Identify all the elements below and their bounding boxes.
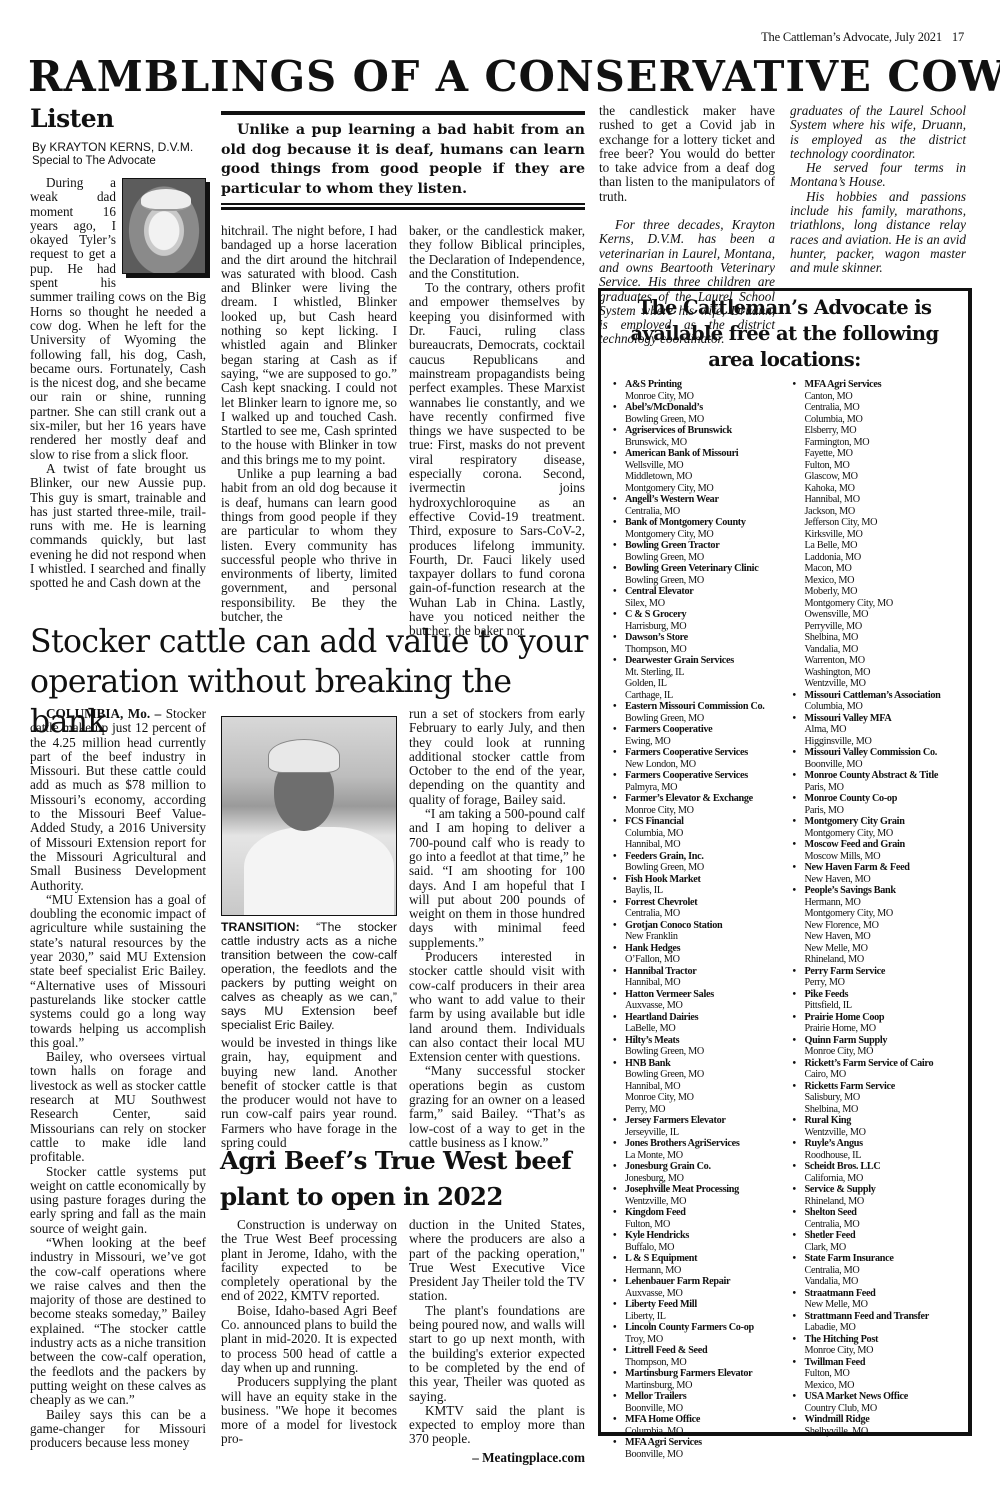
stocker-column-3: run a set of stockers from early Februar… bbox=[409, 707, 585, 1150]
publication-date: The Cattleman’s Advocate, July 2021 bbox=[761, 30, 942, 44]
location-name: Shetler Feed bbox=[791, 1230, 959, 1242]
listen-column-5: graduates of the Laurel School System wh… bbox=[790, 104, 966, 276]
location-city: Canton, MO bbox=[791, 391, 959, 403]
paragraph: baker, or the candlestick maker, they fo… bbox=[409, 224, 585, 281]
column-masthead: Ramblings of a Conservative Cow Doctor bbox=[28, 52, 964, 102]
location-name: Farmer’s Elevator & Exchange bbox=[611, 793, 779, 805]
location-name: C & S Grocery bbox=[611, 609, 779, 621]
location-item: Missouri Valley Commission Co.Boonville,… bbox=[791, 747, 959, 770]
location-city: Centralia, MO bbox=[791, 1219, 959, 1231]
location-name: Hannibal Tractor bbox=[611, 966, 779, 978]
location-item: L & S EquipmentHermann, MO bbox=[611, 1253, 779, 1276]
location-city: Golden, IL bbox=[611, 678, 779, 690]
location-city: Jackson, MO bbox=[791, 506, 959, 518]
source-credit: – Meatingplace.com bbox=[409, 1451, 585, 1465]
locations-list-left: A&S PrintingMonroe City, MOAbel’s/McDona… bbox=[611, 379, 779, 1460]
location-name: Windmill Ridge bbox=[791, 1414, 959, 1426]
location-name: Scheidt Bros. LLC bbox=[791, 1161, 959, 1173]
location-name: Farmers Cooperative Services bbox=[611, 747, 779, 759]
location-city: Liberty, IL bbox=[611, 1311, 779, 1323]
location-item: A&S PrintingMonroe City, MO bbox=[611, 379, 779, 402]
location-name: HNB Bank bbox=[611, 1058, 779, 1070]
location-item: MFA Agri ServicesBoonville, MO bbox=[611, 1437, 779, 1460]
paragraph: Construction is underway on the True Wes… bbox=[221, 1218, 397, 1304]
location-city: Centralia, MO bbox=[791, 1265, 959, 1277]
location-city: Glascow, MO bbox=[791, 471, 959, 483]
location-name: Rickett’s Farm Service of Cairo bbox=[791, 1058, 959, 1070]
location-item: MFA Home OfficeColumbia, MO bbox=[611, 1414, 779, 1437]
location-city: Columbia, MO bbox=[611, 828, 779, 840]
location-city: Bowling Green, MO bbox=[611, 862, 779, 874]
location-city: Boonville, MO bbox=[611, 1449, 779, 1461]
location-city: Kahoka, MO bbox=[791, 483, 959, 495]
location-city: Shelbyville, MO bbox=[791, 1426, 959, 1438]
location-city: Country Club, MO bbox=[791, 1403, 959, 1415]
location-city: Paris, MO bbox=[791, 782, 959, 794]
location-city: Harrisburg, MO bbox=[611, 621, 779, 633]
location-name: MFA Agri Services bbox=[791, 379, 959, 391]
location-city: California, MO bbox=[791, 1173, 959, 1185]
location-name: Shelton Seed bbox=[791, 1207, 959, 1219]
location-name: Forrest Chevrolet bbox=[611, 897, 779, 909]
location-name: People’s Savings Bank bbox=[791, 885, 959, 897]
location-city: Monroe City, MO bbox=[611, 805, 779, 817]
location-city: Jefferson City, MO bbox=[791, 517, 959, 529]
location-name: Bowling Green Tractor bbox=[611, 540, 779, 552]
location-item: Windmill RidgeShelbyville, MO bbox=[791, 1414, 959, 1437]
location-name: Bank of Montgomery County bbox=[611, 517, 779, 529]
location-item: Farmers CooperativeEwing, MO bbox=[611, 724, 779, 747]
location-item: Farmer’s Elevator & ExchangeMonroe City,… bbox=[611, 793, 779, 816]
paragraph: “When looking at the beef industry in Mi… bbox=[30, 1236, 206, 1408]
location-item: State Farm InsuranceCentralia, MOVandali… bbox=[791, 1253, 959, 1288]
paragraph: would be invested in things like grain, … bbox=[221, 1036, 397, 1150]
paragraph: To the contrary, others profit and empow… bbox=[409, 281, 585, 638]
listen-column-3: baker, or the candlestick maker, they fo… bbox=[409, 224, 585, 639]
location-item: Liberty Feed MillLiberty, IL bbox=[611, 1299, 779, 1322]
location-name: Grotjan Conoco Station bbox=[611, 920, 779, 932]
location-city: Montgomery City, MO bbox=[611, 529, 779, 541]
location-city: Silex, MO bbox=[611, 598, 779, 610]
location-city: Montgomery City, MO bbox=[791, 598, 959, 610]
location-item: Service & SupplyRhineland, MO bbox=[791, 1184, 959, 1207]
location-city: Troy, MO bbox=[611, 1334, 779, 1346]
location-city: New Melle, MO bbox=[791, 943, 959, 955]
location-city: Hannibal, MO bbox=[611, 839, 779, 851]
location-name: MFA Home Office bbox=[611, 1414, 779, 1426]
location-item: Angell’s Western WearCentralia, MO bbox=[611, 494, 779, 517]
location-item: Bowling Green TractorBowling Green, MO bbox=[611, 540, 779, 563]
caption-text: “The stocker cattle industry acts as a n… bbox=[221, 920, 397, 1032]
location-city: Monroe City, MO bbox=[611, 1092, 779, 1104]
location-name: Straatmann Feed bbox=[791, 1288, 959, 1300]
location-city: Shelbina, MO bbox=[791, 632, 959, 644]
location-city: Roodhouse, IL bbox=[791, 1150, 959, 1162]
location-name: Farmers Cooperative Services bbox=[611, 770, 779, 782]
location-city: Boonville, MO bbox=[611, 1403, 779, 1415]
location-item: Quinn Farm SupplyMonroe City, MO bbox=[791, 1035, 959, 1058]
location-item: Moscow Feed and GrainMoscow Mills, MO bbox=[791, 839, 959, 862]
location-item: Bank of Montgomery CountyMontgomery City… bbox=[611, 517, 779, 540]
location-city: Prairie Home, MO bbox=[791, 1023, 959, 1035]
location-city: Fulton, MO bbox=[611, 1219, 779, 1231]
location-name: Bowling Green Veterinary Clinic bbox=[611, 563, 779, 575]
page-number: 17 bbox=[952, 30, 964, 44]
location-city: Macon, MO bbox=[791, 563, 959, 575]
location-city: Kirksville, MO bbox=[791, 529, 959, 541]
location-item: Hannibal TractorHannibal, MO bbox=[611, 966, 779, 989]
location-city: Centralia, MO bbox=[611, 908, 779, 920]
location-item: Lehenbauer Farm RepairAuxvasse, MO bbox=[611, 1276, 779, 1299]
location-city: Fulton, MO bbox=[791, 1368, 959, 1380]
location-name: Monroe County Co-op bbox=[791, 793, 959, 805]
locations-list-right: MFA Agri ServicesCanton, MOCentralia, MO… bbox=[791, 379, 959, 1460]
location-city: Bowling Green, MO bbox=[611, 552, 779, 564]
location-item: MFA Agri ServicesCanton, MOCentralia, MO… bbox=[791, 379, 959, 690]
location-name: Littrell Feed & Seed bbox=[611, 1345, 779, 1357]
location-item: Eastern Missouri Commission Co.Bowling G… bbox=[611, 701, 779, 724]
location-name: Farmers Cooperative bbox=[611, 724, 779, 736]
location-item: Ricketts Farm ServiceSalisbury, MOShelbi… bbox=[791, 1081, 959, 1116]
location-city: New Haven, MO bbox=[791, 931, 959, 943]
pull-quote-rule bbox=[221, 203, 585, 210]
location-city: New Haven, MO bbox=[791, 874, 959, 886]
location-item: Martinsburg Farmers ElevatorMartinsburg,… bbox=[611, 1368, 779, 1391]
location-city: Bowling Green, MO bbox=[611, 713, 779, 725]
paragraph: Bailey says this can be a game-changer f… bbox=[30, 1408, 206, 1451]
stocker-column-1: COLUMBIA, Mo. – Stocker cattle make up j… bbox=[30, 707, 206, 1450]
location-name: Central Elevator bbox=[611, 586, 779, 598]
locations-title: The Cattleman’s Advocate is available fr… bbox=[611, 295, 958, 373]
location-name: Missouri Valley Commission Co. bbox=[791, 747, 959, 759]
location-item: Prairie Home CoopPrairie Home, MO bbox=[791, 1012, 959, 1035]
paragraph: Producers supplying the plant will have … bbox=[221, 1375, 397, 1446]
location-item: Grotjan Conoco StationNew Franklin bbox=[611, 920, 779, 943]
paragraph: KMTV said the plant is expected to emplo… bbox=[409, 1404, 585, 1447]
location-name: Dearwester Grain Services bbox=[611, 655, 779, 667]
location-name: Perry Farm Service bbox=[791, 966, 959, 978]
location-name: Mellor Trailers bbox=[611, 1391, 779, 1403]
location-name: Missouri Cattleman’s Association bbox=[791, 690, 959, 702]
location-item: Jersey Farmers ElevatorJerseyville, IL bbox=[611, 1115, 779, 1138]
location-name: Ricketts Farm Service bbox=[791, 1081, 959, 1093]
photo-caption: TRANSITION: “The stocker cattle industry… bbox=[221, 920, 397, 1032]
location-name: Fish Hook Market bbox=[611, 874, 779, 886]
location-item: Josephville Meat ProcessingWentzville, M… bbox=[611, 1184, 779, 1207]
location-item: Abel’s/McDonald’sBowling Green, MO bbox=[611, 402, 779, 425]
location-city: Columbia, MO bbox=[791, 701, 959, 713]
location-city: Hannibal, MO bbox=[791, 494, 959, 506]
location-name: Hilty’s Meats bbox=[611, 1035, 779, 1047]
location-name: Eastern Missouri Commission Co. bbox=[611, 701, 779, 713]
location-city: Boonville, MO bbox=[791, 759, 959, 771]
location-city: Hermann, MO bbox=[791, 897, 959, 909]
location-city: Auxvasse, MO bbox=[611, 1288, 779, 1300]
location-city: Ewing, MO bbox=[611, 736, 779, 748]
location-name: Monroe County Abstract & Title bbox=[791, 770, 959, 782]
location-city: Thompson, MO bbox=[611, 644, 779, 656]
location-city: Moberly, MO bbox=[791, 586, 959, 598]
location-item: Twillman FeedFulton, MOMexico, MO bbox=[791, 1357, 959, 1392]
location-name: Quinn Farm Supply bbox=[791, 1035, 959, 1047]
location-item: Shelton SeedCentralia, MO bbox=[791, 1207, 959, 1230]
location-city: Wellsville, MO bbox=[611, 460, 779, 472]
paragraph: Producers interested in stocker cattle s… bbox=[409, 950, 585, 1064]
location-name: Abel’s/McDonald’s bbox=[611, 402, 779, 414]
location-name: Jersey Farmers Elevator bbox=[611, 1115, 779, 1127]
location-city: Mt. Sterling, IL bbox=[611, 667, 779, 679]
location-city: Fayette, MO bbox=[791, 448, 959, 460]
location-name: Strattmann Feed and Transfer bbox=[791, 1311, 959, 1323]
location-item: Jonesburg Grain Co.Jonesburg, MO bbox=[611, 1161, 779, 1184]
location-item: Strattmann Feed and TransferLabadie, MO bbox=[791, 1311, 959, 1334]
location-item: Monroe County Abstract & TitleParis, MO bbox=[791, 770, 959, 793]
location-city: Montgomery City, MO bbox=[611, 483, 779, 495]
location-name: Angell’s Western Wear bbox=[611, 494, 779, 506]
location-item: Mellor TrailersBoonville, MO bbox=[611, 1391, 779, 1414]
location-name: Missouri Valley MFA bbox=[791, 713, 959, 725]
location-city: Cairo, MO bbox=[791, 1069, 959, 1081]
location-city: Laddonia, MO bbox=[791, 552, 959, 564]
paragraph: Unlike a pup learning a bad habit from a… bbox=[221, 467, 397, 624]
location-name: New Haven Farm & Feed bbox=[791, 862, 959, 874]
location-city: New London, MO bbox=[611, 759, 779, 771]
location-name: Feeders Grain, Inc. bbox=[611, 851, 779, 863]
author-photo bbox=[122, 178, 206, 274]
paragraph: A twist of fate brought us Blinker, our … bbox=[30, 462, 206, 591]
location-item: Scheidt Bros. LLCCalifornia, MO bbox=[791, 1161, 959, 1184]
location-item: People’s Savings BankHermann, MOMontgome… bbox=[791, 885, 959, 966]
location-city: Vandalia, MO bbox=[791, 1276, 959, 1288]
location-name: State Farm Insurance bbox=[791, 1253, 959, 1265]
location-city: Rhineland, MO bbox=[791, 1196, 959, 1208]
location-city: Buffalo, MO bbox=[611, 1242, 779, 1254]
location-item: C & S GroceryHarrisburg, MO bbox=[611, 609, 779, 632]
paragraph: “I am taking a 500-pound calf and I am h… bbox=[409, 807, 585, 950]
location-city: La Monte, MO bbox=[611, 1150, 779, 1162]
paragraph: Bailey, who oversees virtual town halls … bbox=[30, 1050, 206, 1164]
location-name: Pike Feeds bbox=[791, 989, 959, 1001]
location-city: Wentzville, MO bbox=[791, 678, 959, 690]
location-name: Agriservices of Brunswick bbox=[611, 425, 779, 437]
page-folio: The Cattleman’s Advocate, July 202117 bbox=[761, 30, 964, 45]
location-item: Dawson’s StoreThompson, MO bbox=[611, 632, 779, 655]
location-city: Monroe City, MO bbox=[611, 391, 779, 403]
location-city: Perry, MO bbox=[791, 977, 959, 989]
caption-label: TRANSITION: bbox=[221, 920, 300, 934]
location-city: Perry, MO bbox=[611, 1104, 779, 1116]
location-city: Salisbury, MO bbox=[791, 1092, 959, 1104]
location-city: Shelbina, MO bbox=[791, 1104, 959, 1116]
location-item: Kyle HendricksBuffalo, MO bbox=[611, 1230, 779, 1253]
paragraph: “Many successful stocker operations begi… bbox=[409, 1064, 585, 1150]
location-name: USA Market News Office bbox=[791, 1391, 959, 1403]
location-name: FCS Financial bbox=[611, 816, 779, 828]
location-city: O’Fallon, MO bbox=[611, 954, 779, 966]
article-title-agribeef: Agri Beef’s True West beef plant to open… bbox=[220, 1143, 590, 1215]
cowboy-hat-shape bbox=[141, 189, 191, 211]
location-item: Agriservices of BrunswickBrunswick, MO bbox=[611, 425, 779, 448]
location-item: Lincoln County Farmers Co-opTroy, MO bbox=[611, 1322, 779, 1345]
location-name: Montgomery City Grain bbox=[791, 816, 959, 828]
location-city: Bowling Green, MO bbox=[611, 1046, 779, 1058]
location-city: Moscow Mills, MO bbox=[791, 851, 959, 863]
shirt-shape bbox=[244, 827, 394, 916]
location-item: Feeders Grain, Inc.Bowling Green, MO bbox=[611, 851, 779, 874]
location-item: Shetler FeedClark, MO bbox=[791, 1230, 959, 1253]
location-item: Jones Brothers AgriServicesLa Monte, MO bbox=[611, 1138, 779, 1161]
location-item: Forrest ChevroletCentralia, MO bbox=[611, 897, 779, 920]
location-item: Rural KingWentzville, MO bbox=[791, 1115, 959, 1138]
location-city: Farmington, MO bbox=[791, 437, 959, 449]
paragraph-text: Stocker cattle make up just 12 percent o… bbox=[30, 706, 206, 893]
pull-quote: Unlike a pup learning a bad habit from a… bbox=[221, 111, 585, 205]
location-city: Brunswick, MO bbox=[611, 437, 779, 449]
byline: By KRAYTON KERNS, D.V.M. Special to The … bbox=[32, 140, 193, 168]
location-name: MFA Agri Services bbox=[611, 1437, 779, 1449]
distribution-locations-box: The Cattleman’s Advocate is available fr… bbox=[598, 288, 972, 1436]
location-city: Middletown, MO bbox=[611, 471, 779, 483]
location-city: Centralia, MO bbox=[611, 506, 779, 518]
article-title-listen: Listen bbox=[30, 104, 114, 133]
location-city: Mexico, MO bbox=[791, 1380, 959, 1392]
location-city: New Melle, MO bbox=[791, 1299, 959, 1311]
location-name: Dawson’s Store bbox=[611, 632, 779, 644]
location-city: La Belle, MO bbox=[791, 540, 959, 552]
location-name: Hank Hedges bbox=[611, 943, 779, 955]
location-name: Kingdom Feed bbox=[611, 1207, 779, 1219]
location-city: Auxvasse, MO bbox=[611, 1000, 779, 1012]
location-name: The Hitching Post bbox=[791, 1334, 959, 1346]
agribeef-column-1: Construction is underway on the True Wes… bbox=[221, 1218, 397, 1447]
location-city: Bowling Green, MO bbox=[611, 414, 779, 426]
location-city: Hermann, MO bbox=[611, 1265, 779, 1277]
location-name: Service & Supply bbox=[791, 1184, 959, 1196]
location-city: Rhineland, MO bbox=[791, 954, 959, 966]
byline-subtitle: Special to The Advocate bbox=[32, 154, 193, 168]
location-name: Lehenbauer Farm Repair bbox=[611, 1276, 779, 1288]
location-city: New Florence, MO bbox=[791, 920, 959, 932]
location-item: Fish Hook MarketBaylis, IL bbox=[611, 874, 779, 897]
dateline: COLUMBIA, Mo. – bbox=[46, 706, 161, 721]
location-item: Dearwester Grain ServicesMt. Sterling, I… bbox=[611, 655, 779, 701]
location-name: Heartland Dairies bbox=[611, 1012, 779, 1024]
location-city: Carthage, IL bbox=[611, 690, 779, 702]
location-city: Martinsburg, MO bbox=[611, 1380, 779, 1392]
paragraph: run a set of stockers from early Februar… bbox=[409, 707, 585, 807]
location-item: FCS FinancialColumbia, MOHannibal, MO bbox=[611, 816, 779, 851]
location-item: Kingdom FeedFulton, MO bbox=[611, 1207, 779, 1230]
location-item: Pike FeedsPittsfield, IL bbox=[791, 989, 959, 1012]
listen-column-1: During a weak dad moment 16 years ago, I… bbox=[30, 176, 206, 591]
location-city: Hannibal, MO bbox=[611, 977, 779, 989]
location-city: Wentzville, MO bbox=[611, 1196, 779, 1208]
location-city: Monroe City, MO bbox=[791, 1345, 959, 1357]
location-city: Warrenton, MO bbox=[791, 655, 959, 667]
location-item: Rickett’s Farm Service of CairoCairo, MO bbox=[791, 1058, 959, 1081]
location-city: Montgomery City, MO bbox=[791, 908, 959, 920]
location-city: Monroe City, MO bbox=[791, 1046, 959, 1058]
location-city: Higginsville, MO bbox=[791, 736, 959, 748]
paragraph: The plant's foundations are being poured… bbox=[409, 1304, 585, 1404]
location-item: American Bank of MissouriWellsville, MOM… bbox=[611, 448, 779, 494]
location-item: Montgomery City GrainMontgomery City, MO bbox=[791, 816, 959, 839]
location-item: Straatmann FeedNew Melle, MO bbox=[791, 1288, 959, 1311]
location-city: Labadie, MO bbox=[791, 1322, 959, 1334]
location-name: Rural King bbox=[791, 1115, 959, 1127]
location-item: Bowling Green Veterinary ClinicBowling G… bbox=[611, 563, 779, 586]
location-item: Missouri Valley MFAAlma, MOHigginsville,… bbox=[791, 713, 959, 748]
location-name: Prairie Home Coop bbox=[791, 1012, 959, 1024]
location-city: LaBelle, MO bbox=[611, 1023, 779, 1035]
location-city: Thompson, MO bbox=[611, 1357, 779, 1369]
location-name: Kyle Hendricks bbox=[611, 1230, 779, 1242]
paragraph: Stocker cattle systems put weight on cat… bbox=[30, 1165, 206, 1236]
location-city: Mexico, MO bbox=[791, 575, 959, 587]
location-item: Ruyle’s AngusRoodhouse, IL bbox=[791, 1138, 959, 1161]
location-city: Paris, MO bbox=[791, 805, 959, 817]
location-item: Heartland DairiesLaBelle, MO bbox=[611, 1012, 779, 1035]
location-city: Bowling Green, MO bbox=[611, 575, 779, 587]
location-name: Liberty Feed Mill bbox=[611, 1299, 779, 1311]
location-city: Pittsfield, IL bbox=[791, 1000, 959, 1012]
location-city: Hannibal, MO bbox=[611, 1081, 779, 1093]
location-item: Littrell Feed & SeedThompson, MO bbox=[611, 1345, 779, 1368]
agribeef-column-2: duction in the United States, where the … bbox=[409, 1218, 585, 1465]
author-bio-cont: graduates of the Laurel School System wh… bbox=[790, 104, 966, 161]
location-city: Palmyra, MO bbox=[611, 782, 779, 794]
location-item: Hilty’s MeatsBowling Green, MO bbox=[611, 1035, 779, 1058]
location-city: Baylis, IL bbox=[611, 885, 779, 897]
location-name: Martinsburg Farmers Elevator bbox=[611, 1368, 779, 1380]
location-city: Jonesburg, MO bbox=[611, 1173, 779, 1185]
location-name: Twillman Feed bbox=[791, 1357, 959, 1369]
location-name: Lincoln County Farmers Co-op bbox=[611, 1322, 779, 1334]
location-name: Josephville Meat Processing bbox=[611, 1184, 779, 1196]
location-item: Missouri Cattleman’s AssociationColumbia… bbox=[791, 690, 959, 713]
pull-quote-text: Unlike a pup learning a bad habit from a… bbox=[221, 121, 585, 199]
location-city: Alma, MO bbox=[791, 724, 959, 736]
location-item: Farmers Cooperative ServicesNew London, … bbox=[611, 747, 779, 770]
location-city: Elsberry, MO bbox=[791, 425, 959, 437]
location-name: Hatton Vermeer Sales bbox=[611, 989, 779, 1001]
byline-author: By KRAYTON KERNS, D.V.M. bbox=[32, 140, 193, 154]
author-bio: His hobbies and passions include his fam… bbox=[790, 190, 966, 276]
location-city: Perryville, MO bbox=[791, 621, 959, 633]
location-name: A&S Printing bbox=[611, 379, 779, 391]
location-city: Columbia, MO bbox=[791, 414, 959, 426]
location-city: Centralia, MO bbox=[791, 402, 959, 414]
location-item: Farmers Cooperative ServicesPalmyra, MO bbox=[611, 770, 779, 793]
paragraph: hitchrail. The night before, I had banda… bbox=[221, 224, 397, 467]
location-name: American Bank of Missouri bbox=[611, 448, 779, 460]
stocker-column-2: would be invested in things like grain, … bbox=[221, 1036, 397, 1150]
location-city: Jerseyville, IL bbox=[611, 1127, 779, 1139]
location-item: Central ElevatorSilex, MO bbox=[611, 586, 779, 609]
location-name: L & S Equipment bbox=[611, 1253, 779, 1265]
location-item: USA Market News OfficeCountry Club, MO bbox=[791, 1391, 959, 1414]
location-city: Owensville, MO bbox=[791, 609, 959, 621]
location-item: Monroe County Co-opParis, MO bbox=[791, 793, 959, 816]
paragraph: the candlestick maker have rushed to get… bbox=[599, 104, 775, 204]
paragraph: Boise, Idaho-based Agri Beef Co. announc… bbox=[221, 1304, 397, 1375]
cap-shape bbox=[268, 739, 340, 773]
location-city: Columbia, MO bbox=[611, 1426, 779, 1438]
paragraph: “MU Extension has a goal of doubling the… bbox=[30, 893, 206, 1050]
location-city: Bowling Green, MO bbox=[611, 1069, 779, 1081]
location-item: HNB BankBowling Green, MOHannibal, MOMon… bbox=[611, 1058, 779, 1116]
location-city: Montgomery City, MO bbox=[791, 828, 959, 840]
